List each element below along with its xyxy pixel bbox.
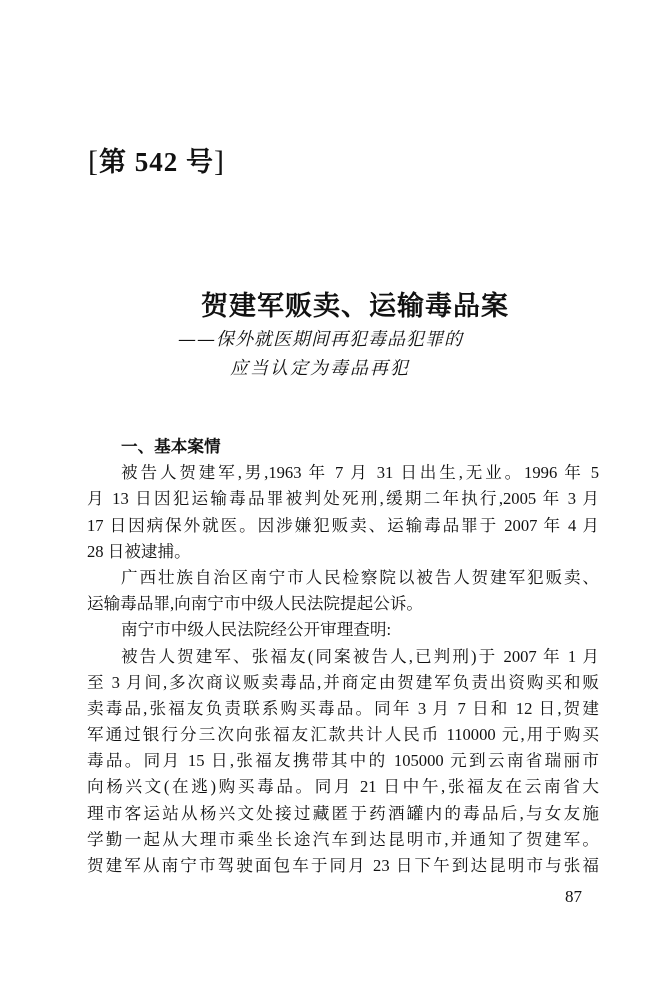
- text-line: 广西壮族自治区南宁市人民检察院以被告人贺建军犯贩卖、: [87, 565, 599, 591]
- section-heading: 一、基本案情: [87, 434, 599, 460]
- text-line: 28 日被逮捕。: [87, 539, 599, 565]
- text-line: 理市客运站从杨兴文处接过藏匿于药酒罐内的毒品后,与女友施: [87, 801, 599, 827]
- text-line: 南宁市中级人民法院经公开审理查明:: [87, 617, 599, 643]
- text-line: 运输毒品罪,向南宁市中级人民法院提起公诉。: [87, 591, 599, 617]
- case-title: 贺建军贩卖、运输毒品案: [201, 284, 509, 323]
- text-line: 月 13 日因犯运输毒品罪被判处死刑,缓期二年执行,2005 年 3 月: [87, 486, 599, 512]
- case-subtitle-line-1: ——保外就医期间再犯毒品犯罪的: [178, 325, 463, 351]
- text-line: 被告人贺建军、张福友(同案被告人,已判刑)于 2007 年 1 月: [87, 644, 599, 670]
- text-line: 向杨兴文(在逃)购买毒品。同月 21 日中午,张福友在云南省大: [87, 774, 599, 800]
- text-line: 17 日因病保外就医。因涉嫌犯贩卖、运输毒品罪于 2007 年 4 月: [87, 513, 599, 539]
- text-line: 被告人贺建军,男,1963 年 7 月 31 日出生,无业。1996 年 5: [87, 460, 599, 486]
- case-subtitle-line-2: 应当认定为毒品再犯: [230, 354, 410, 380]
- text-line: 贺建军从南宁市驾驶面包车于同月 23 日下午到达昆明市与张福: [87, 853, 599, 879]
- body-text: 一、基本案情 被告人贺建军,男,1963 年 7 月 31 日出生,无业。199…: [87, 434, 599, 879]
- close-bracket: ]: [214, 145, 225, 178]
- text-line: 卖毒品,张福友负责联系购买毒品。同年 3 月 7 日和 12 日,贺建: [87, 696, 599, 722]
- case-number: [第 542 号]: [88, 140, 225, 179]
- text-line: 毒品。同月 15 日,张福友携带其中的 105000 元到云南省瑞丽市: [87, 748, 599, 774]
- open-bracket: [: [88, 145, 99, 178]
- page-number: 87: [565, 887, 582, 907]
- case-number-label: 第 542 号: [99, 147, 214, 177]
- text-line: 学勤一起从大理市乘坐长途汽车到达昆明市,并通知了贺建军。: [87, 827, 599, 853]
- text-line: 军通过银行分三次向张福友汇款共计人民币 110000 元,用于购买: [87, 722, 599, 748]
- text-line: 至 3 月间,多次商议贩卖毒品,并商定由贺建军负责出资购买和贩: [87, 670, 599, 696]
